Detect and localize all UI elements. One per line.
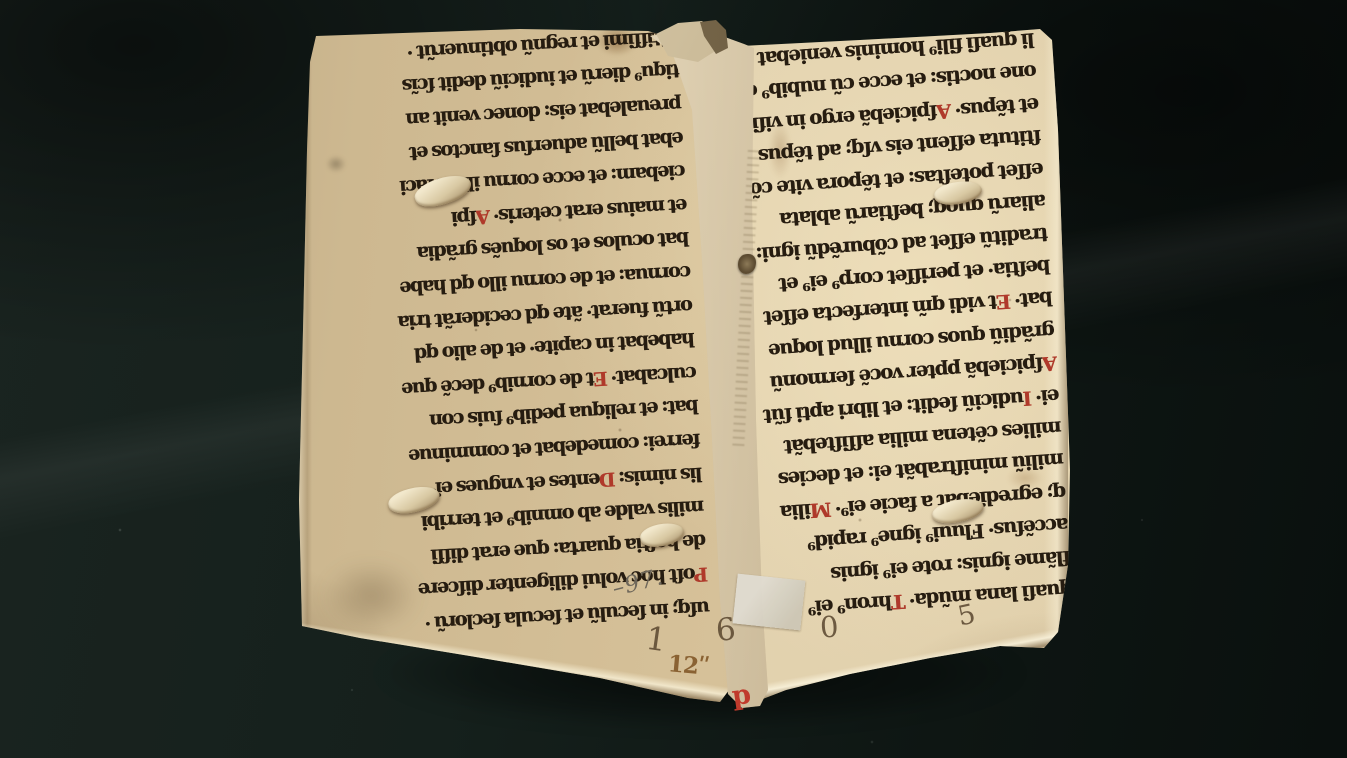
ink-stain (322, 152, 350, 176)
paper-repair-patch (733, 574, 806, 631)
ink-date-digit: 6 (714, 611, 737, 649)
right-page-blackletter-text: quaſi lana mũda· Thron⁹ ei⁹flãme ignis: … (732, 18, 1074, 626)
corner-numeral: 12ʺ (667, 650, 710, 680)
ink-date-digit: 0 (819, 609, 840, 644)
photo-stage: uſq; in ſeculũ et ſecula ſeclorũ ·Poſt h… (0, 0, 1347, 758)
